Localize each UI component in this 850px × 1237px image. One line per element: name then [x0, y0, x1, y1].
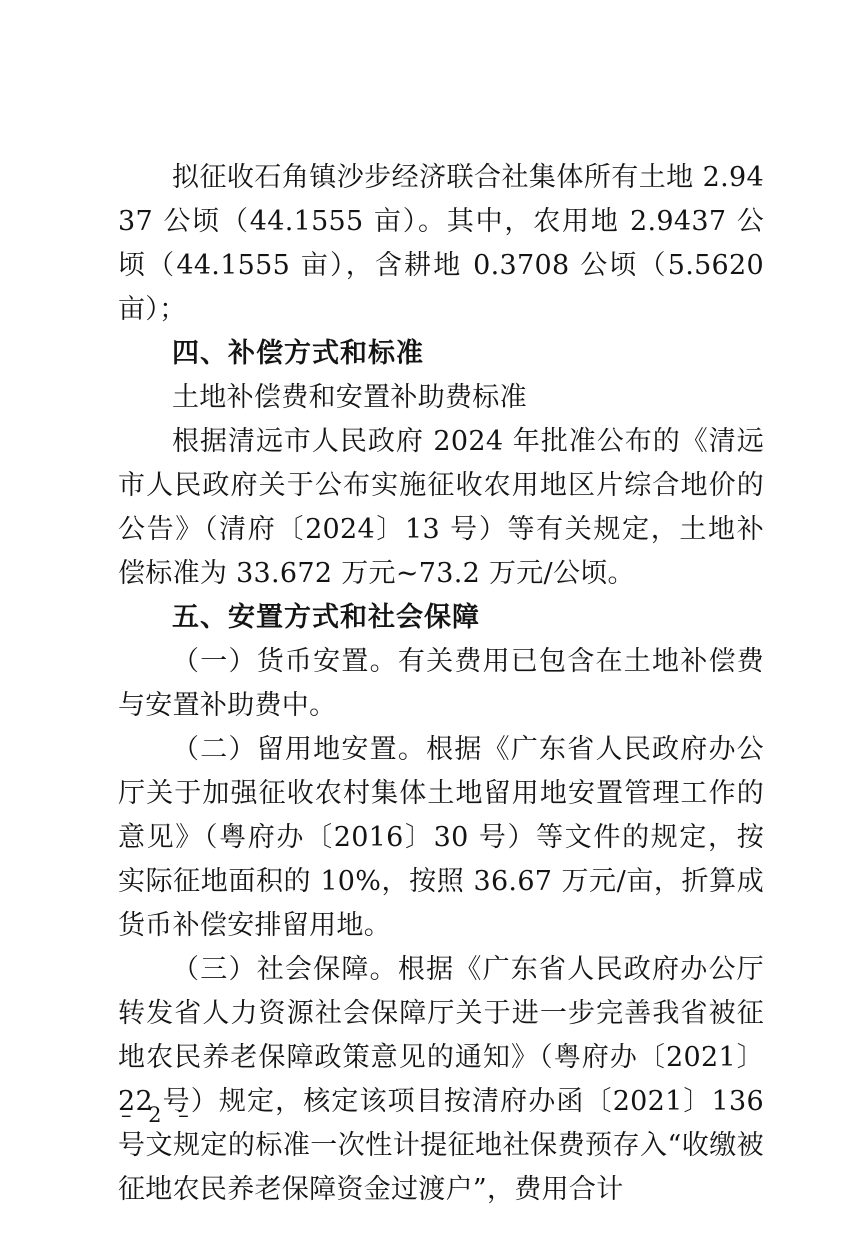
paragraph-compensation-basis: 根据清远市人民政府 2024 年批准公布的《清远市人民政府关于公布实施征收农用地…: [118, 420, 764, 596]
page-footer: – 2 –: [121, 1100, 193, 1130]
paragraph-land-acquisition-area: 拟征收石角镇沙步经济联合社集体所有土地 2.9437 公顷（44.1555 亩）…: [118, 156, 764, 332]
paragraph-item1-monetary-resettlement: （一）货币安置。有关费用已包含在土地补偿费与安置补助费中。: [118, 640, 764, 728]
heading-section-five-resettlement: 五、安置方式和社会保障: [118, 596, 764, 640]
page-number: – 2 –: [121, 1103, 193, 1127]
heading-section-four-compensation: 四、补偿方式和标准: [118, 332, 764, 376]
document-body: 拟征收石角镇沙步经济联合社集体所有土地 2.9437 公顷（44.1555 亩）…: [118, 156, 764, 1212]
paragraph-item2-reserved-land-resettlement: （二）留用地安置。根据《广东省人民政府办公厅关于加强征收农村集体土地留用地安置管…: [118, 728, 764, 948]
paragraph-item3-social-security: （三）社会保障。根据《广东省人民政府办公厅转发省人力资源社会保障厅关于进一步完善…: [118, 948, 764, 1212]
paragraph-compensation-standard-title: 土地补偿费和安置补助费标准: [118, 376, 764, 420]
document-page: 拟征收石角镇沙步经济联合社集体所有土地 2.9437 公顷（44.1555 亩）…: [0, 0, 850, 1237]
